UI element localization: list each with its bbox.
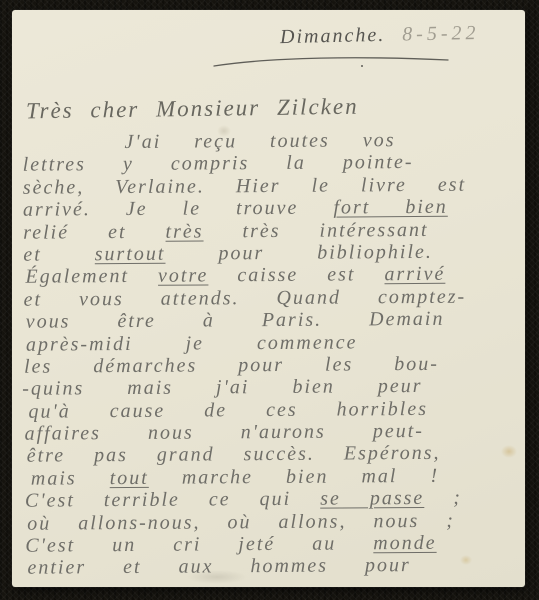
- letter-body: J'ai reçu toutes vos lettres y compris l…: [20, 128, 523, 579]
- letter-paper: Dimanche. 8-5-22 Très cher Monsieur Zilc…: [12, 10, 525, 587]
- letter-line: et vous attends. Quand comptez-: [24, 285, 522, 311]
- date-numbers: 8-5-22: [402, 22, 480, 46]
- letter-line: arrivé. Je le trouve fort bien: [23, 195, 521, 221]
- letter-line: entier et aux hommes pour: [27, 554, 523, 580]
- letter-line: C'est terrible ce qui se passe ;: [25, 487, 523, 513]
- date-day: Dimanche.: [280, 24, 386, 48]
- photo-background: Dimanche. 8-5-22 Très cher Monsieur Zilc…: [0, 0, 539, 600]
- date-underline-flourish-icon: [212, 54, 452, 70]
- letter-line: où allons-nous, où allons, nous ;: [27, 509, 523, 535]
- salutation: Très cher Monsieur Zilcken: [26, 94, 359, 125]
- letter-line: J'ai reçu toutes vos: [124, 128, 520, 153]
- letter-date: Dimanche. 8-5-22: [280, 22, 480, 49]
